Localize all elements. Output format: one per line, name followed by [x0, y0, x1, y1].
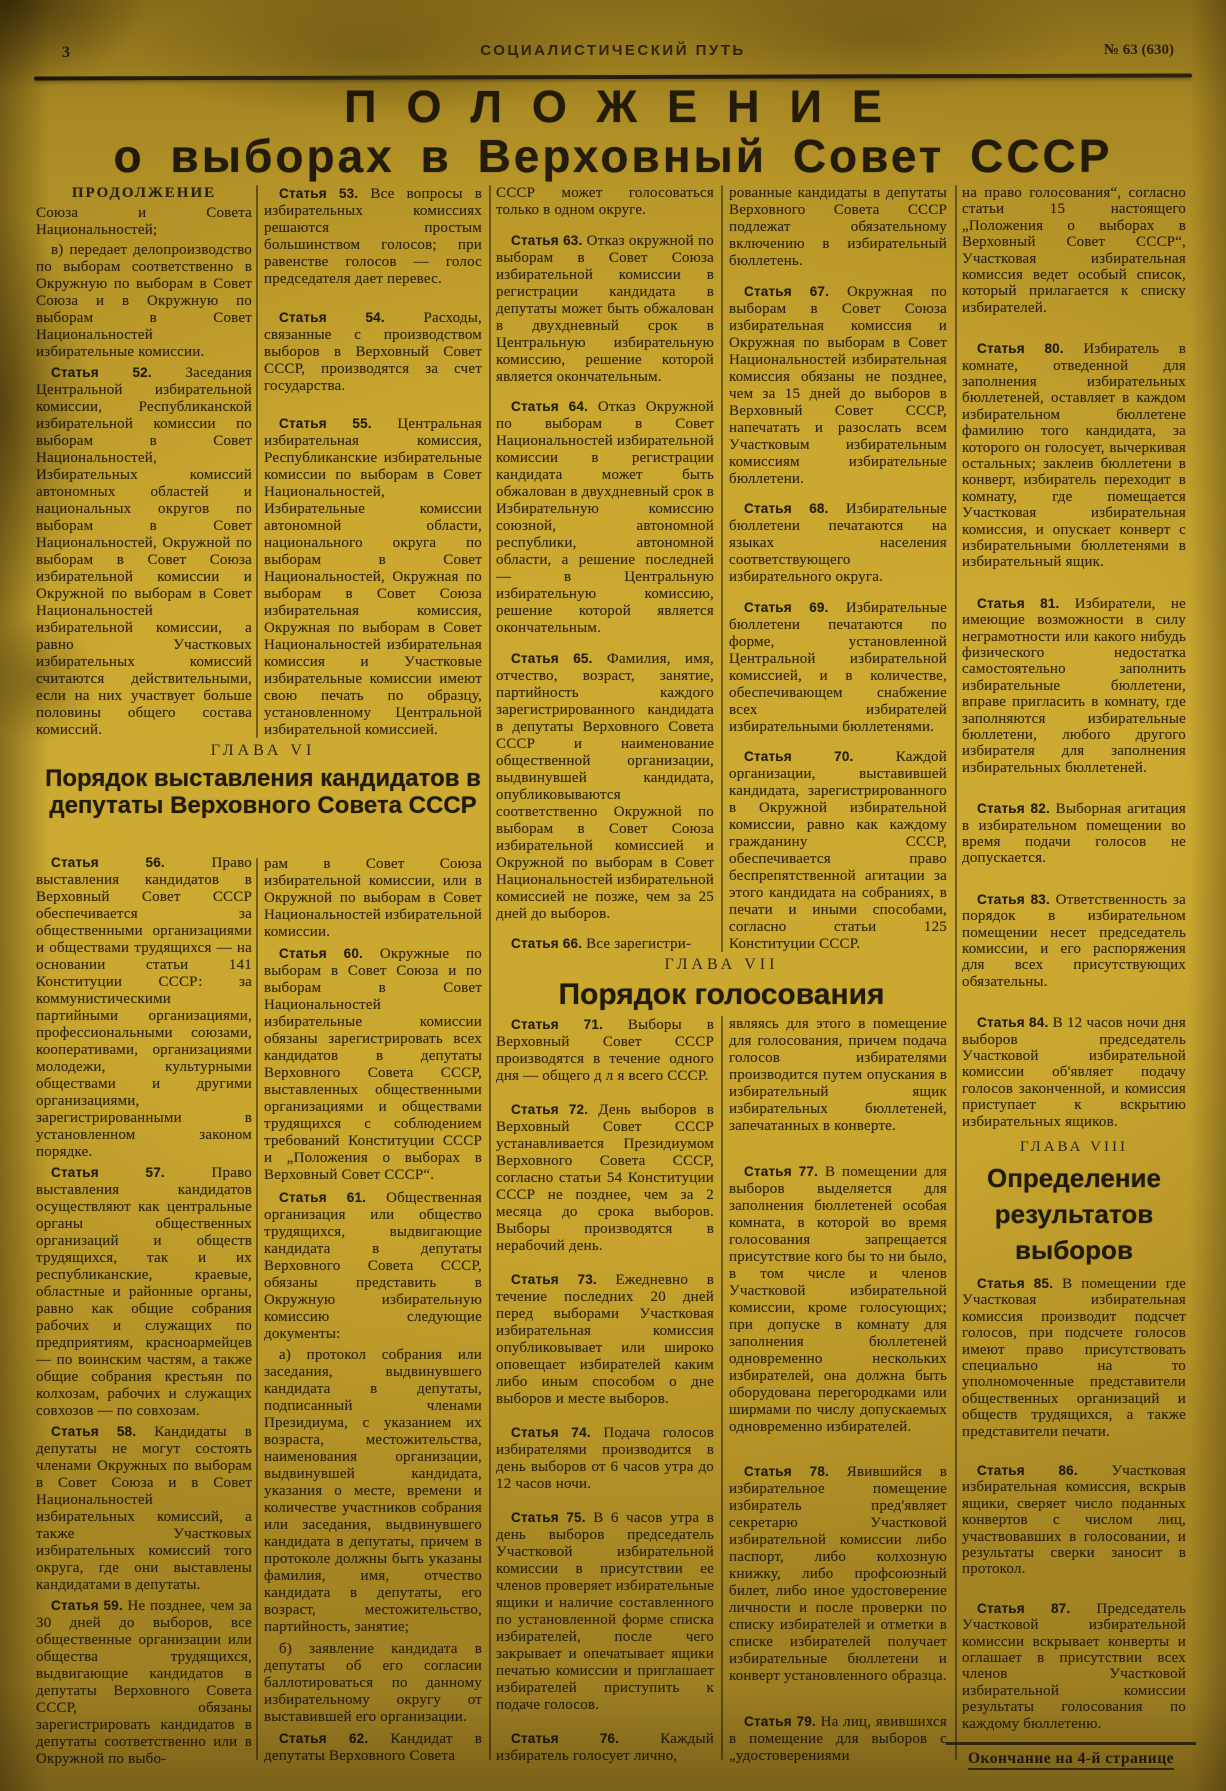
- chapter-vi-heading-block: ГЛАВА VI Порядок выставления кандидатов …: [36, 742, 490, 819]
- paragraph: на право голосования“, согласно статьи 1…: [962, 185, 1186, 316]
- article-number: Статья 64.: [511, 399, 598, 414]
- article-paragraph: Статья 70. Каждой организации, выставивш…: [729, 748, 947, 953]
- article-number: Статья 73.: [511, 1272, 616, 1287]
- article-paragraph: Статья 60. Окружные по выборам в Совет С…: [264, 945, 482, 1184]
- column-5-top: на право голосования“, согласно статьи 1…: [962, 185, 1186, 1133]
- paragraph: являясь для этого в помещение для голосо…: [729, 1016, 947, 1135]
- article-number: Статья 70.: [744, 749, 896, 764]
- column-2: Статья 53. Все вопросы в избирательных к…: [264, 185, 482, 1768]
- article-paragraph: Статья 74. Подача голосов избирателями п…: [496, 1424, 714, 1493]
- article-number: Статья 62.: [279, 1731, 390, 1746]
- article-paragraph: Статья 54. Расходы, связанные с производ…: [264, 309, 482, 395]
- article-paragraph: Статья 82. Выборная агитация в избирател…: [962, 801, 1186, 867]
- article-number: Статья 77.: [744, 1164, 825, 1179]
- article-number: Статья 82.: [977, 801, 1056, 816]
- paragraph: рованные кандидаты в депутаты Верховного…: [729, 185, 947, 270]
- article-number: Статья 66.: [511, 936, 586, 951]
- article-paragraph: Статья 57. Право выставления кандидатов …: [36, 1164, 252, 1420]
- article-paragraph: Статья 63. Отказ окружной по выборам в С…: [496, 232, 714, 386]
- article-paragraph: Статья 52. Заседания Центральной избират…: [36, 364, 252, 739]
- chapter-vii-title: Порядок голосования: [496, 979, 947, 1011]
- article-number: Статья 63.: [511, 233, 587, 248]
- article-number: Статья 61.: [279, 1190, 386, 1205]
- column-2-top: Статья 53. Все вопросы в избирательных к…: [264, 185, 482, 742]
- column-5-bottom: Статья 85. В помещении где Участковая из…: [962, 1276, 1186, 1735]
- article-paragraph: Статья 79. На лиц, явившихся в помещение…: [729, 1713, 947, 1765]
- article-number: Статья 86.: [977, 1463, 1111, 1478]
- column-separator: [721, 185, 723, 952]
- article-number: Статья 84.: [977, 1015, 1053, 1030]
- article-number: Статья 69.: [744, 600, 846, 615]
- paragraph: СССР может голосоваться только в одном о…: [496, 185, 714, 219]
- article-number: Статья 79.: [744, 1714, 821, 1729]
- column-4-bottom: являясь для этого в помещение для голосо…: [729, 1016, 947, 1768]
- article-paragraph: Статья 73. Ежедневно в течение последних…: [496, 1271, 714, 1408]
- article-number: Статья 57.: [51, 1165, 212, 1180]
- article-number: Статья 83.: [977, 892, 1056, 907]
- column-5: на право голосования“, согласно статьи 1…: [962, 185, 1186, 1735]
- article-paragraph: Статья 66. Все зарегистри-: [496, 935, 714, 953]
- article-paragraph: Статья 86. Участковая избирательная коми…: [962, 1463, 1186, 1578]
- article-paragraph: Статья 83. Ответственность за порядок в …: [962, 892, 1186, 990]
- column-2-bottom: рам в Совет Союза избирательной комиссии…: [264, 856, 482, 1768]
- continuation-note: Окончание на 4-й странице: [946, 1742, 1196, 1768]
- column-3-top: СССР может голосоваться только в одном о…: [496, 185, 714, 956]
- paragraph: рам в Совет Союза избирательной комиссии…: [264, 856, 482, 941]
- article-paragraph: Статья 68. Избирательные бюллетени печат…: [729, 500, 947, 586]
- article-paragraph: Статья 71. Выборы в Верховный Совет СССР…: [496, 1016, 714, 1085]
- chapter-vii-heading-block: ГЛАВА VII Порядок голосования: [496, 956, 947, 1011]
- chapter-vi-title: Порядок выставления кандидатов в депутат…: [36, 765, 490, 819]
- chapter-viii-heading-block: ГЛАВА VIII Определение результатов выбор…: [962, 1133, 1186, 1276]
- article-number: Статья 74.: [511, 1425, 603, 1440]
- article-number: Статья 80.: [977, 341, 1083, 356]
- article-paragraph: Статья 77. В помещении для выборов выдел…: [729, 1163, 947, 1436]
- paragraph: в) передает делопроизводство по выборам …: [36, 242, 252, 361]
- article-paragraph: Статья 81. Избиратели, не имеющие возмож…: [962, 596, 1186, 776]
- column-3-bottom: Статья 71. Выборы в Верховный Совет СССР…: [496, 1016, 714, 1768]
- page-number: 3: [62, 44, 70, 62]
- article-paragraph: Статья 84. В 12 часов ночи дня выборов п…: [962, 1015, 1186, 1130]
- article-number: Статья 67.: [744, 284, 847, 299]
- article-number: Статья 54.: [279, 310, 423, 325]
- column-1-top: ПРОДОЛЖЕНИЕСоюза и Совета Национальносте…: [36, 185, 252, 740]
- article-paragraph: Статья 59. Не позднее, чем за 30 дней до…: [36, 1597, 252, 1768]
- article-number: Статья 65.: [511, 651, 607, 666]
- article-number: Статья 58.: [51, 1424, 154, 1439]
- article-number: Статья 85.: [977, 1276, 1062, 1291]
- article-paragraph: Статья 80. Избиратель в комнате, отведен…: [962, 341, 1186, 571]
- article-number: Статья 76.: [511, 1731, 660, 1746]
- column-4-top: рованные кандидаты в депутаты Верховного…: [729, 185, 947, 956]
- column-separator: [256, 185, 258, 738]
- paragraph: Союза и Совета Национальностей;: [36, 205, 252, 239]
- newspaper-page: 3 СОЦИАЛИСТИЧЕСКИЙ ПУТЬ № 63 (630) ПОЛОЖ…: [0, 0, 1226, 1791]
- chapter-viii-title: Определение результатов выборов: [962, 1160, 1186, 1268]
- newspaper-name: СОЦИАЛИСТИЧЕСКИЙ ПУТЬ: [480, 42, 745, 59]
- article-paragraph: Статья 75. В 6 часов утра в день выборов…: [496, 1509, 714, 1714]
- article-number: Статья 75.: [511, 1510, 593, 1525]
- article-paragraph: Статья 76. Каждый избиратель голосует ли…: [496, 1730, 714, 1765]
- article-paragraph: Статья 67. Окружная по выборам в Совет С…: [729, 283, 947, 488]
- article-number: Статья 71.: [511, 1017, 628, 1032]
- article-title: ПОЛОЖЕНИЕ о выборах в Верховный Совет СС…: [0, 83, 1226, 180]
- article-number: Статья 87.: [977, 1601, 1096, 1616]
- article-number: Статья 60.: [279, 946, 380, 961]
- article-paragraph: Статья 87. Председатель Участковой избир…: [962, 1601, 1186, 1732]
- article-paragraph: Статья 55. Центральная избирательная ком…: [264, 415, 482, 739]
- column-1: ПРОДОЛЖЕНИЕСоюза и Совета Национальносте…: [36, 185, 252, 1768]
- column-1-bottom: Статья 56. Право выставления кандидатов …: [36, 854, 252, 1768]
- article-number: Статья 72.: [511, 1102, 598, 1117]
- article-number: Статья 68.: [744, 501, 846, 516]
- column-separator: [721, 1016, 723, 1760]
- column-separator: [256, 858, 258, 1760]
- chapter-vii-label: ГЛАВА VII: [496, 956, 947, 974]
- article-paragraph: Статья 64. Отказ Окружной по выборам в С…: [496, 398, 714, 637]
- article-paragraph: Статья 85. В помещении где Участковая из…: [962, 1276, 1186, 1440]
- paragraph: б) заявление кандидата в депутаты об его…: [264, 1641, 482, 1726]
- chapter-viii-label: ГЛАВА VIII: [962, 1139, 1186, 1156]
- chapter-vi-label: ГЛАВА VI: [36, 742, 490, 760]
- article-paragraph: Статья 65. Фамилия, имя, отчество, возра…: [496, 650, 714, 923]
- masthead: 3 СОЦИАЛИСТИЧЕСКИЙ ПУТЬ № 63 (630): [40, 42, 1186, 66]
- article-paragraph: Статья 61. Общественная организация или …: [264, 1189, 482, 1343]
- article-number: Статья 81.: [977, 596, 1075, 611]
- article-title-line2: о выборах в Верховный Совет СССР: [0, 132, 1226, 180]
- article-paragraph: Статья 62. Кандидат в депутаты Верховног…: [264, 1730, 482, 1765]
- article-paragraph: Статья 53. Все вопросы в избирательных к…: [264, 185, 482, 288]
- continuation-label: ПРОДОЛЖЕНИЕ: [36, 185, 252, 202]
- article-paragraph: Статья 58. Кандидаты в депутаты не могут…: [36, 1423, 252, 1594]
- continuation-note-text: Окончание на 4-й странице: [968, 1750, 1174, 1770]
- article-paragraph: Статья 78. Явившийся в избирательное пом…: [729, 1463, 947, 1685]
- paragraph: а) протокол собрания или заседания, выдв…: [264, 1347, 482, 1636]
- column-separator: [489, 185, 491, 1760]
- article-number: Статья 53.: [279, 186, 370, 201]
- article-number: Статья 55.: [279, 416, 397, 431]
- column-separator: [955, 185, 957, 1760]
- article-paragraph: Статья 56. Право выставления кандидатов …: [36, 854, 252, 1161]
- article-number: Статья 52.: [51, 365, 185, 380]
- issue-number: № 63 (630): [1104, 42, 1174, 59]
- article-number: Статья 78.: [744, 1464, 847, 1479]
- article-paragraph: Статья 72. День выборов в Верховный Сове…: [496, 1101, 714, 1255]
- article-number: Статья 59.: [51, 1598, 127, 1613]
- article-number: Статья 56.: [51, 855, 212, 870]
- article-paragraph: Статья 69. Избирательные бюллетени печат…: [729, 599, 947, 736]
- article-title-line1: ПОЛОЖЕНИЕ: [0, 83, 1226, 131]
- masthead-rule: [34, 73, 1192, 80]
